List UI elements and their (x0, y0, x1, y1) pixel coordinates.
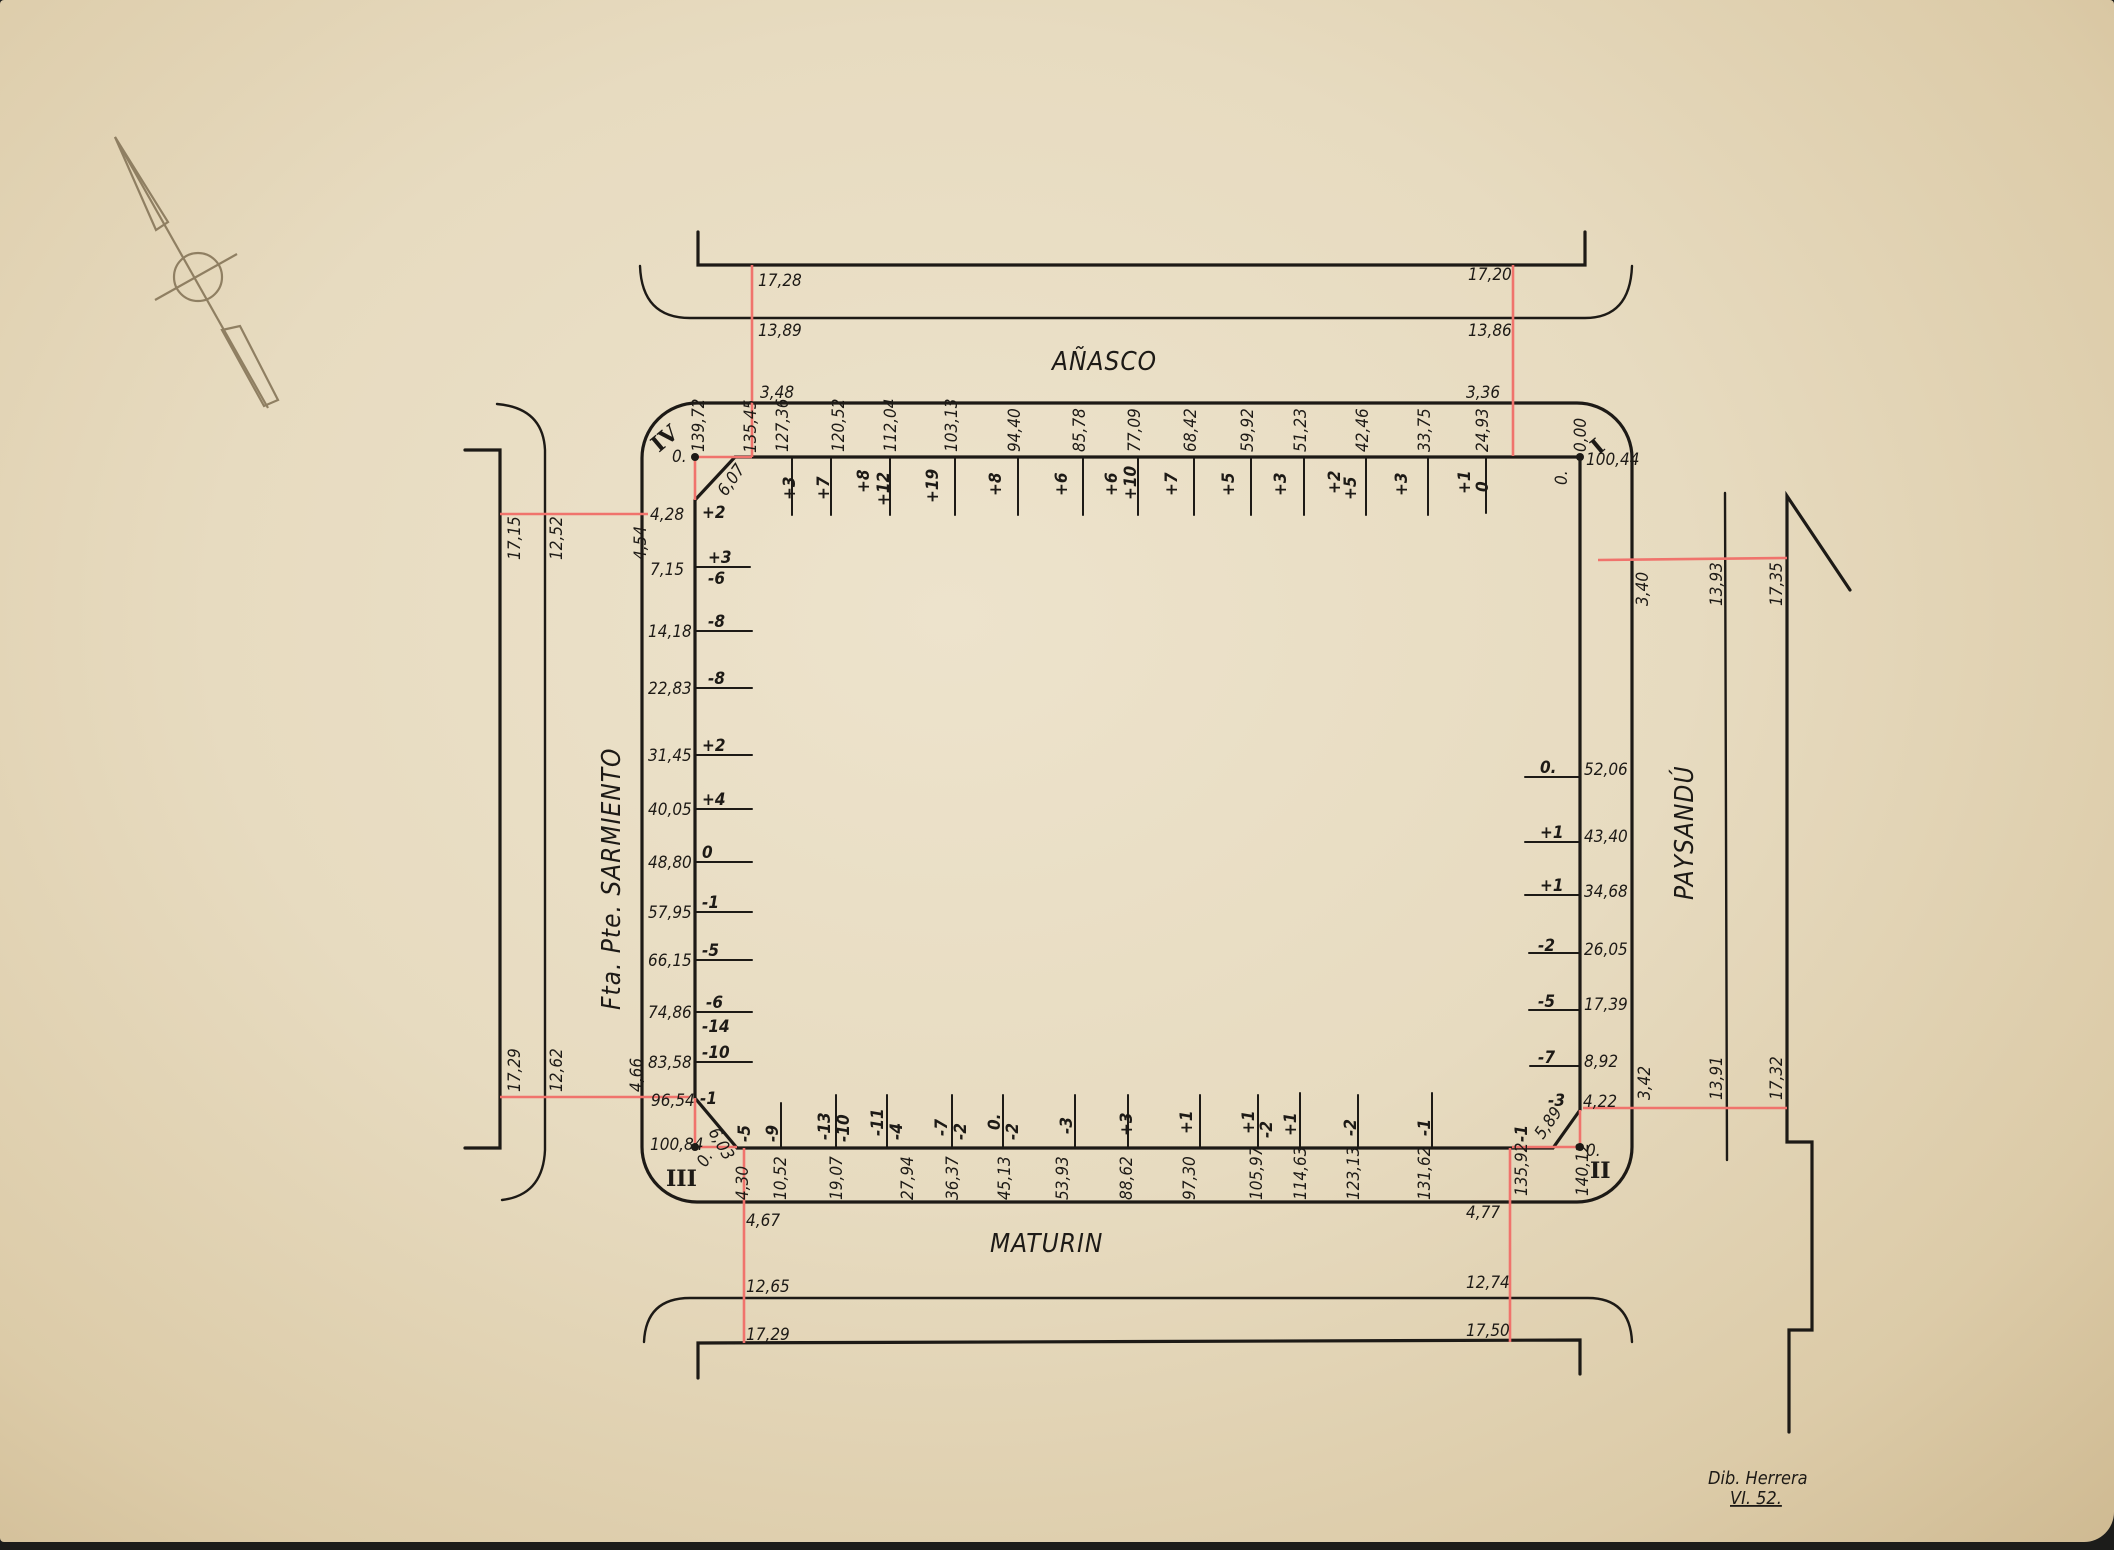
west-distance: 48,80 (648, 853, 692, 873)
measurement: 12,74 (1466, 1273, 1510, 1293)
south-adjust: -2 (1257, 1121, 1277, 1138)
west-adjust: -6 (706, 993, 723, 1013)
west-distance: 66,15 (648, 951, 692, 971)
corner-label-ii: II (1590, 1158, 1611, 1184)
south-distance: 88,62 (1117, 1156, 1137, 1200)
south-distance: 36,37 (943, 1156, 963, 1200)
east-adjust: +1 (1540, 876, 1563, 896)
west-adjust: -10 (702, 1043, 730, 1063)
south-adjust: -13 (815, 1112, 835, 1140)
south-adjust: -2 (951, 1123, 971, 1140)
street-name-east: PAYSANDÚ (1668, 765, 1700, 900)
corner-iii-side-distance: 96,54 (651, 1091, 695, 1111)
south-distance: 19,07 (827, 1156, 847, 1200)
west-adjust: -8 (708, 669, 725, 689)
east-distance: 43,40 (1584, 827, 1628, 847)
corner-ii-bottom-start: 135,92 (1512, 1143, 1532, 1197)
north-adjust: +5 (1219, 473, 1239, 496)
south-adjust: -7 (932, 1119, 952, 1136)
draftsman-signature: Dib. Herrera (1708, 1468, 1808, 1489)
east-side-distances: 52,06 43,40 34,68 26,05 17,39 8,92 (1584, 760, 1628, 1072)
south-distance: 97,30 (1180, 1156, 1200, 1200)
east-distance: 52,06 (1584, 760, 1628, 780)
south-distance: 27,94 (898, 1156, 918, 1200)
south-adjust: +1 (1177, 1111, 1197, 1134)
north-distance: 24,93 (1473, 408, 1493, 452)
corner-iv-chamfer: 6,07 (714, 460, 750, 500)
west-adjust: -8 (708, 612, 725, 632)
east-adjust: 0. (1540, 758, 1556, 778)
drawing-date: VI. 52. (1730, 1488, 1782, 1509)
corner-iv-side-adjust: +2 (702, 503, 725, 523)
south-distance: 105,97 (1247, 1146, 1267, 1200)
south-adjust: -2 (1003, 1123, 1023, 1140)
north-adjust: +6 (1102, 472, 1122, 496)
corner-ii-side-distance: 4,22 (1583, 1092, 1617, 1112)
corner-iii-bottom-distance: 4,30 (733, 1166, 753, 1200)
north-adjust: +7 (814, 476, 834, 500)
south-side-adjustments: -9 -13 -10 -11 -4 -7 -2 0. -2 -3 +3 +1 +… (763, 1108, 1435, 1142)
measurement: 17,29 (505, 1048, 525, 1092)
south-adjust: -3 (1057, 1117, 1077, 1134)
measurement: 4,77 (1466, 1203, 1500, 1223)
west-distance: 40,05 (648, 800, 692, 820)
south-distance: 10,52 (771, 1156, 791, 1200)
corner-iv-top-adjust: +3 (780, 477, 800, 500)
corner-iv-zero: 0. (672, 447, 687, 467)
west-distance: 14,18 (648, 622, 692, 642)
west-adjust: 0 (702, 843, 713, 863)
north-adjust: +12 (874, 472, 894, 506)
measurement: 12,62 (547, 1048, 567, 1092)
measurement: 17,28 (758, 271, 802, 291)
north-adjust: 0 (1473, 481, 1493, 492)
west-tick-marks (695, 567, 752, 1062)
north-adjust: +5 (1341, 477, 1361, 500)
south-distance: 114,63 (1291, 1147, 1311, 1201)
north-distance: 42,46 (1353, 408, 1373, 452)
measurement: 3,48 (760, 383, 794, 403)
north-adjust: +19 (923, 469, 943, 503)
measurement: 17,20 (1468, 265, 1512, 285)
north-street-measurements: 17,28 13,89 3,48 17,20 13,86 3,36 (758, 265, 1512, 403)
south-distance: 123,13 (1344, 1147, 1364, 1201)
east-adjust: -2 (1538, 936, 1555, 956)
street-name-north: AÑASCO (1050, 345, 1157, 377)
north-distance: 120,52 (829, 399, 849, 453)
east-distance: 8,92 (1584, 1052, 1618, 1072)
north-arrow-icon (115, 137, 278, 408)
north-side-adjustments: +7 +8 +12 +19 +8 +6 +6 +10 +7 +5 +3 +2 +… (814, 466, 1493, 506)
west-adjust: -14 (702, 1017, 730, 1037)
measurement: 17,32 (1767, 1056, 1787, 1100)
west-distance: 31,45 (648, 746, 692, 766)
east-tick-marks (1525, 777, 1580, 1066)
west-distance: 57,95 (648, 903, 692, 923)
north-adjust: +10 (1121, 466, 1141, 500)
west-adjust: -5 (702, 941, 719, 961)
west-side-distances: 7,15 14,18 22,83 31,45 40,05 48,80 57,95… (648, 560, 692, 1073)
south-adjust: +3 (1117, 1113, 1137, 1136)
measurement: 13,89 (758, 321, 802, 341)
south-distance: 53,93 (1053, 1156, 1073, 1200)
north-distance: 51,23 (1291, 408, 1311, 452)
north-distance: 94,40 (1005, 408, 1025, 452)
east-side-adjustments: 0. +1 +1 -2 -5 -7 (1538, 758, 1563, 1068)
corner-i-top-distance: 0,00 (1571, 418, 1591, 452)
south-adjust: -1 (1415, 1119, 1435, 1136)
corner-iv-top-distance: 135,45 (741, 400, 761, 454)
measurement: 12,52 (547, 516, 567, 560)
south-adjust: -4 (887, 1123, 907, 1140)
corner-iii-distance: 100,84 (650, 1135, 704, 1155)
west-distance: 74,86 (648, 1003, 692, 1023)
measurement: 17,15 (505, 516, 525, 560)
north-distance: 68,42 (1181, 408, 1201, 452)
measurement: 3,42 (1635, 1066, 1655, 1100)
north-distance: 127,36 (773, 398, 793, 452)
east-street-measurements: 3,40 13,93 17,35 3,42 13,91 17,32 (1633, 562, 1787, 1100)
north-distance: 59,92 (1238, 408, 1258, 452)
corner-i-side-distance: 100,44 (1586, 450, 1640, 470)
corner-ii-bottom-adjust: -1 (1512, 1125, 1532, 1142)
west-adjust: +3 (708, 548, 731, 568)
measurement: 13,86 (1468, 321, 1512, 341)
measurement: 4,54 (631, 526, 651, 560)
south-adjust: -2 (1341, 1119, 1361, 1136)
corner-i-zero: 0. (1552, 470, 1572, 485)
measurement: 12,65 (746, 1277, 790, 1297)
west-distance: 7,15 (650, 560, 684, 580)
west-adjust: -6 (708, 569, 725, 589)
measurement: 13,93 (1707, 562, 1727, 606)
measurement: 3,40 (1633, 572, 1653, 606)
measurement: 4,66 (627, 1058, 647, 1092)
south-adjust: +1 (1239, 1111, 1259, 1134)
west-side-adjustments: +3 -6 -8 -8 +2 +4 0 -1 -5 -6 -14 -10 (702, 548, 731, 1063)
north-adjust: +7 (1162, 472, 1182, 496)
corner-iv-side-distance: 4,28 (650, 505, 684, 525)
north-distance: 33,75 (1415, 408, 1435, 452)
street-name-south: MATURIN (990, 1229, 1103, 1259)
measurement: 17,35 (1767, 562, 1787, 606)
block-curb-outline (642, 403, 1632, 1202)
north-adjust: +3 (1392, 473, 1412, 496)
east-adjust: +1 (1540, 823, 1563, 843)
east-street-lines (1725, 493, 1850, 1432)
south-distance: 45,13 (995, 1156, 1015, 1200)
measurement: 17,50 (1466, 1321, 1510, 1341)
measurement: 17,29 (746, 1325, 790, 1345)
east-distance: 34,68 (1584, 882, 1628, 902)
north-adjust: +8 (986, 472, 1006, 496)
east-distance: 17,39 (1584, 995, 1628, 1015)
south-adjust: 0. (985, 1114, 1005, 1130)
corner-iv-distance: 139,72 (689, 399, 709, 453)
corner-ii-bottom-distance: 140,12 (1573, 1143, 1593, 1197)
west-distance: 83,58 (648, 1053, 692, 1073)
west-distance: 22,83 (648, 679, 692, 699)
corner-iii-bottom-adjust: -5 (735, 1125, 755, 1142)
north-adjust: +8 (854, 469, 874, 493)
north-adjust: +1 (1455, 471, 1475, 494)
east-adjust: -5 (1538, 992, 1555, 1012)
south-distance: 131,62 (1415, 1147, 1435, 1201)
north-distance: 103,13 (942, 399, 962, 453)
north-distance: 85,78 (1070, 408, 1090, 452)
corner-label-iii: III (666, 1166, 697, 1192)
south-street-measurements: 4,67 12,65 17,29 4,77 12,74 17,50 (746, 1203, 1510, 1345)
east-adjust: -7 (1538, 1048, 1555, 1068)
south-side-distances: 10,52 19,07 27,94 36,37 45,13 53,93 88,6… (771, 1146, 1435, 1200)
south-adjust: -9 (763, 1125, 783, 1142)
north-adjust: +6 (1052, 472, 1072, 496)
west-adjust: +4 (702, 790, 725, 810)
block-property-line (695, 457, 1580, 1148)
survey-drawing: AÑASCO MATURIN Fta. Pte. SARMIENTO PAYSA… (0, 0, 2114, 1550)
north-adjust: +3 (1271, 473, 1291, 496)
measurement: 3,36 (1466, 383, 1500, 403)
north-distance: 77,09 (1125, 408, 1145, 452)
west-street-measurements: 17,15 12,52 4,54 17,29 12,62 4,66 (505, 516, 651, 1092)
west-adjust: -1 (702, 893, 719, 913)
north-distance: 112,04 (881, 399, 901, 453)
south-adjust: -11 (868, 1108, 888, 1136)
west-adjust: +2 (702, 736, 725, 756)
south-adjust: +1 (1281, 1113, 1301, 1136)
measurement: 4,67 (746, 1211, 780, 1231)
north-side-distances: 127,36 120,52 112,04 103,13 94,40 85,78 … (773, 398, 1493, 452)
street-name-west: Fta. Pte. SARMIENTO (597, 748, 627, 1010)
corner-points (691, 453, 1584, 1151)
east-distance: 26,05 (1584, 940, 1628, 960)
south-adjust: -10 (834, 1114, 854, 1142)
measurement: 13,91 (1707, 1056, 1727, 1100)
corner-iii-side-adjust: -1 (700, 1089, 717, 1109)
